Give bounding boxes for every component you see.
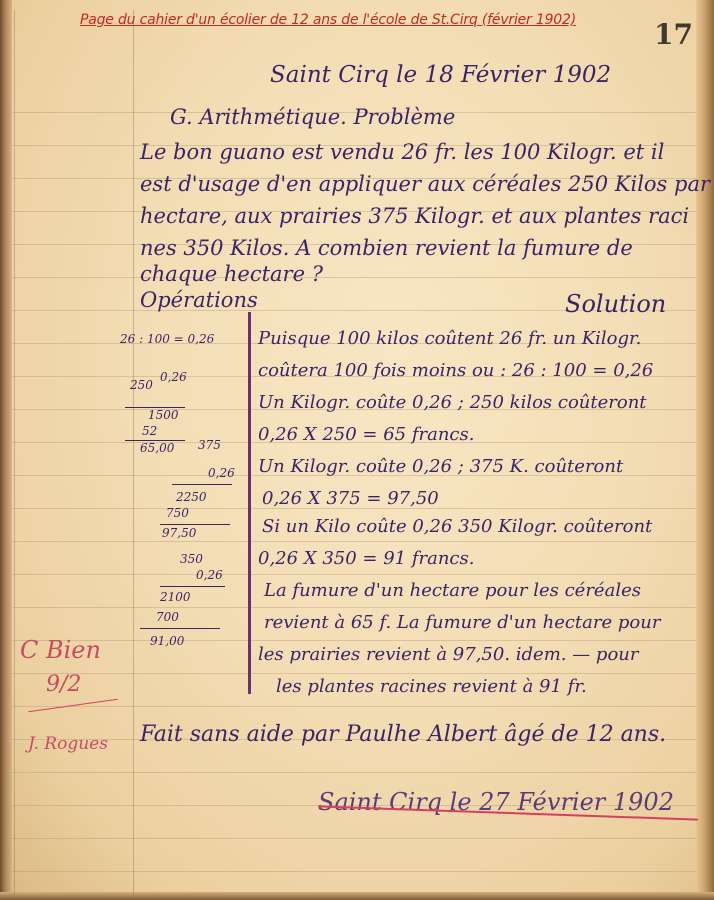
page-number: 17 [654, 18, 693, 51]
page-binding [0, 0, 12, 900]
ruled-line [12, 607, 696, 608]
solution-label: Solution [565, 290, 666, 318]
ruled-line [12, 871, 696, 872]
solution-line: les prairies revient à 97,50. idem. — po… [258, 644, 639, 665]
ruled-line [12, 277, 696, 278]
margin-line-left [14, 10, 15, 895]
mult3-top: 350 [180, 552, 203, 566]
attestation-line: Fait sans aide par Paulhe Albert âgé de … [140, 722, 666, 747]
ruled-line [12, 772, 696, 773]
mult3-partial2: 700 [156, 610, 179, 624]
solution-line: revient à 65 f. La fumure d'un hectare p… [264, 612, 660, 633]
ruled-line [12, 673, 696, 674]
problem-line: hectare, aux prairies 375 Kilogr. et aux… [140, 204, 689, 228]
ruled-line [12, 838, 696, 839]
teacher-signature: J. Rogues [28, 734, 108, 754]
solution-line: Puisque 100 kilos coûtent 26 fr. un Kilo… [258, 328, 641, 349]
mult1-partial1: 1500 [148, 408, 179, 422]
ruled-line [12, 574, 696, 575]
page-edge-bottom [0, 892, 714, 900]
teacher-grade-comment: C Bien [20, 636, 101, 664]
mult3-rule [140, 628, 220, 629]
problem-line: chaque hectare ? [140, 262, 323, 286]
margin-line [133, 10, 134, 895]
teacher-grade-value: 9/2 [46, 672, 81, 697]
mult2-factor: 0,26 [208, 466, 235, 480]
mult1-partial2: 52 [142, 424, 157, 438]
mult3-factor: 0,26 [196, 568, 223, 582]
solution-line: 0,26 X 250 = 65 francs. [258, 424, 474, 445]
solution-line: Un Kilogr. coûte 0,26 ; 375 K. coûteront [258, 456, 623, 477]
column-divider [248, 312, 251, 694]
problem-line: Le bon guano est vendu 26 fr. les 100 Ki… [140, 140, 664, 164]
problem-line: nes 350 Kilos. A combien revient la fumu… [140, 236, 633, 260]
mult2-partial1: 2250 [176, 490, 207, 504]
ruled-line [12, 706, 696, 707]
operations-label: Opérations [140, 288, 258, 312]
solution-line: les plantes racines revient à 91 fr. [276, 676, 587, 697]
header-subject: G. Arithmétique. Problème [170, 105, 455, 129]
solution-line: La fumure d'un hectare pour les céréales [264, 580, 641, 601]
mult2-rule [172, 484, 232, 485]
header-place-date: Saint Cirq le 18 Février 1902 [270, 62, 611, 88]
mult3-partial1: 2100 [160, 590, 191, 604]
operation-division: 26 : 100 = 0,26 [120, 332, 214, 346]
mult2-top: 375 [198, 438, 221, 452]
solution-line: Un Kilogr. coûte 0,26 ; 250 kilos coûter… [258, 392, 647, 413]
page-caption: Page du cahier d'un écolier de 12 ans de… [80, 12, 576, 28]
solution-line: Si un Kilo coûte 0,26 350 Kilogr. coûter… [262, 516, 652, 537]
ruled-line [12, 541, 696, 542]
mult2-rule [160, 524, 230, 525]
mult3-rule [160, 586, 225, 587]
mult1-result: 65,00 [140, 441, 174, 455]
mult2-result: 97,50 [162, 526, 196, 540]
solution-line: coûtera 100 fois moins ou : 26 : 100 = 0… [258, 360, 653, 381]
ruled-line [12, 640, 696, 641]
mult2-partial2: 750 [166, 506, 189, 520]
solution-line: 0,26 X 375 = 97,50 [262, 488, 439, 509]
notebook-page: Page du cahier d'un écolier de 12 ans de… [0, 0, 714, 900]
problem-line: est d'usage d'en appliquer aux céréales … [140, 172, 710, 196]
mult1-top: 250 [130, 378, 153, 392]
mult3-result: 91,00 [150, 634, 184, 648]
page-edge-right [696, 0, 714, 900]
mult1-factor: 0,26 [160, 370, 187, 384]
solution-line: 0,26 X 350 = 91 francs. [258, 548, 474, 569]
